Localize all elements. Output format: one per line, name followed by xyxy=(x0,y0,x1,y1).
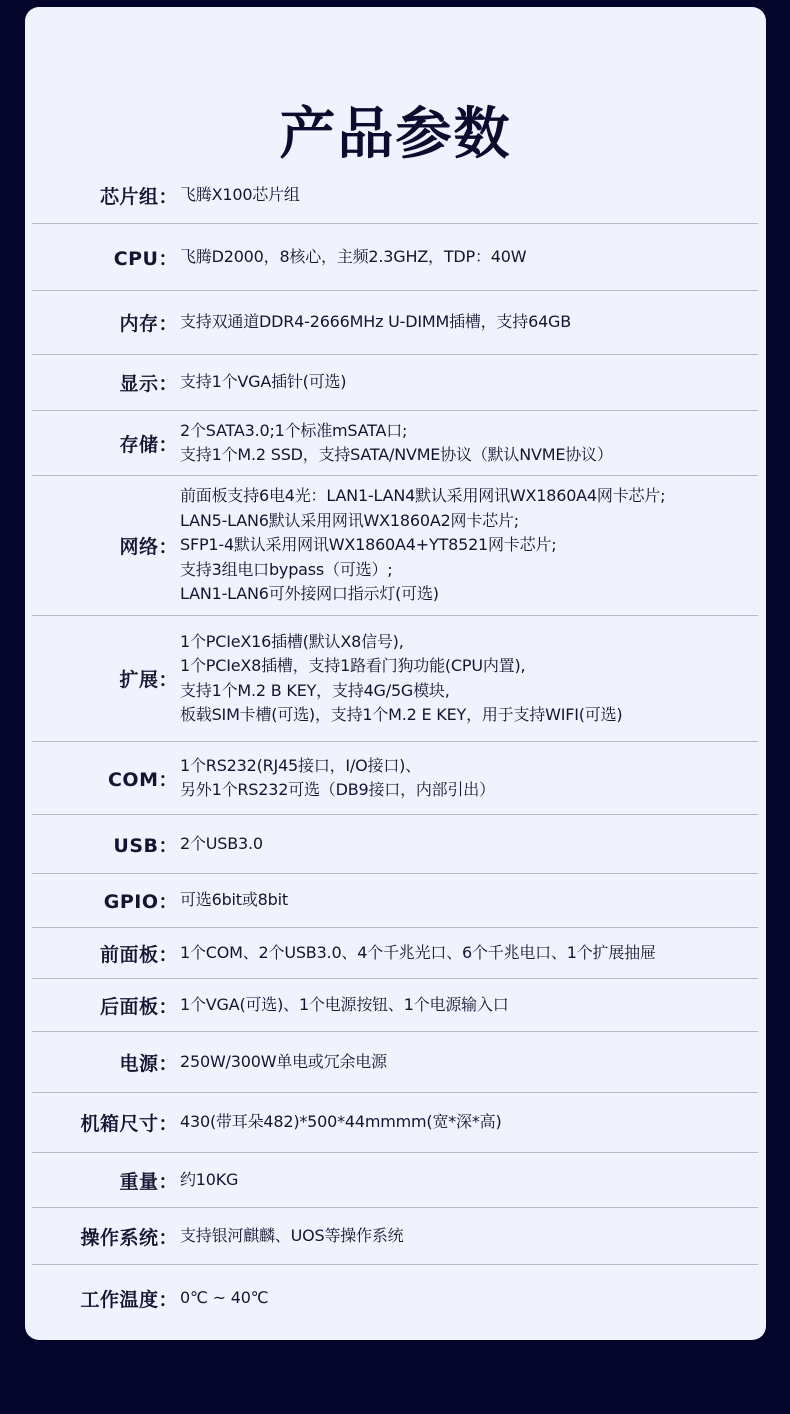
spec-value-line: 支持1个VGA插针(可选) xyxy=(180,370,346,395)
spec-card: 产品参数 芯片组：飞腾X100芯片组CPU：飞腾D2000，8核心，主频2.3G… xyxy=(25,7,766,1340)
spec-value-line: 1个RS232(RJ45接口，I/O接口)、 xyxy=(180,754,495,779)
spec-value: 1个VGA(可选)、1个电源按钮、1个电源输入口 xyxy=(178,993,509,1018)
spec-row: GPIO：可选6bit或8bit xyxy=(32,874,758,928)
spec-value-line: SFP1-4默认采用网讯WX1860A4+YT8521网卡芯片; xyxy=(180,533,665,558)
page-title: 产品参数 xyxy=(25,103,766,167)
spec-row: 芯片组：飞腾X100芯片组 xyxy=(32,167,758,224)
spec-label: USB： xyxy=(32,831,178,858)
spec-value-line: 2个SATA3.0;1个标准mSATA口; xyxy=(180,419,613,444)
spec-row: 机箱尺寸：430(带耳朵482)*500*44mmmm(宽*深*高) xyxy=(32,1093,758,1153)
spec-row: 重量：约10KG xyxy=(32,1153,758,1208)
spec-row: COM：1个RS232(RJ45接口，I/O接口)、另外1个RS232可选（DB… xyxy=(32,742,758,815)
spec-value-line: 支持银河麒麟、UOS等操作系统 xyxy=(180,1224,403,1249)
spec-value: 2个USB3.0 xyxy=(178,832,263,857)
spec-label: 电源： xyxy=(32,1049,178,1076)
spec-value: 支持双通道DDR4-2666MHz U-DIMM插槽，支持64GB xyxy=(178,310,571,335)
spec-value-line: 支持1个M.2 SSD，支持SATA/NVME协议（默认NVME协议） xyxy=(180,443,613,468)
spec-value: 0℃ ~ 40℃ xyxy=(178,1286,268,1311)
spec-row: CPU：飞腾D2000，8核心，主频2.3GHZ，TDP：40W xyxy=(32,224,758,291)
spec-value-line: 飞腾X100芯片组 xyxy=(180,183,300,208)
spec-value-line: 约10KG xyxy=(180,1168,238,1193)
spec-value-line: 1个PCIeX16插槽(默认X8信号), xyxy=(180,630,622,655)
spec-value-line: LAN5-LAN6默认采用网讯WX1860A2网卡芯片; xyxy=(180,509,665,534)
spec-row: 内存：支持双通道DDR4-2666MHz U-DIMM插槽，支持64GB xyxy=(32,291,758,355)
spec-label: 内存： xyxy=(32,309,178,336)
spec-value-line: 前面板支持6电4光：LAN1-LAN4默认采用网讯WX1860A4网卡芯片; xyxy=(180,484,665,509)
spec-value: 飞腾D2000，8核心，主频2.3GHZ，TDP：40W xyxy=(178,245,526,270)
spec-label: CPU： xyxy=(32,244,178,271)
spec-row: 前面板：1个COM、2个USB3.0、4个千兆光口、6个千兆电口、1个扩展抽屉 xyxy=(32,928,758,979)
spec-value-line: 430(带耳朵482)*500*44mmmm(宽*深*高) xyxy=(180,1110,502,1135)
spec-value: 2个SATA3.0;1个标准mSATA口;支持1个M.2 SSD，支持SATA/… xyxy=(178,419,613,468)
spec-value-line: 支持双通道DDR4-2666MHz U-DIMM插槽，支持64GB xyxy=(180,310,571,335)
spec-row: 工作温度：0℃ ~ 40℃ xyxy=(32,1265,758,1331)
spec-label: 机箱尺寸： xyxy=(32,1109,178,1136)
spec-label: 网络： xyxy=(32,532,178,559)
spec-row: 操作系统：支持银河麒麟、UOS等操作系统 xyxy=(32,1208,758,1265)
spec-row: 网络：前面板支持6电4光：LAN1-LAN4默认采用网讯WX1860A4网卡芯片… xyxy=(32,476,758,616)
spec-value: 250W/300W单电或冗余电源 xyxy=(178,1050,387,1075)
spec-label: 显示： xyxy=(32,369,178,396)
spec-value: 前面板支持6电4光：LAN1-LAN4默认采用网讯WX1860A4网卡芯片;LA… xyxy=(178,484,665,607)
spec-value: 1个COM、2个USB3.0、4个千兆光口、6个千兆电口、1个扩展抽屉 xyxy=(178,941,656,966)
spec-label: COM： xyxy=(32,765,178,792)
spec-value-line: 支持1个M.2 B KEY，支持4G/5G模块, xyxy=(180,679,622,704)
spec-value: 支持银河麒麟、UOS等操作系统 xyxy=(178,1224,403,1249)
spec-row: 电源：250W/300W单电或冗余电源 xyxy=(32,1032,758,1093)
spec-value: 1个RS232(RJ45接口，I/O接口)、另外1个RS232可选（DB9接口，… xyxy=(178,754,495,803)
spec-value-line: 1个COM、2个USB3.0、4个千兆光口、6个千兆电口、1个扩展抽屉 xyxy=(180,941,656,966)
spec-value-line: LAN1-LAN6可外接网口指示灯(可选) xyxy=(180,582,665,607)
spec-label: 后面板： xyxy=(32,992,178,1019)
spec-label: 工作温度： xyxy=(32,1285,178,1312)
spec-row: USB：2个USB3.0 xyxy=(32,815,758,874)
spec-value: 约10KG xyxy=(178,1168,238,1193)
spec-value-line: 1个VGA(可选)、1个电源按钮、1个电源输入口 xyxy=(180,993,509,1018)
spec-value: 支持1个VGA插针(可选) xyxy=(178,370,346,395)
spec-row: 显示：支持1个VGA插针(可选) xyxy=(32,355,758,411)
spec-row: 存储：2个SATA3.0;1个标准mSATA口;支持1个M.2 SSD，支持SA… xyxy=(32,411,758,476)
spec-table: 芯片组：飞腾X100芯片组CPU：飞腾D2000，8核心，主频2.3GHZ，TD… xyxy=(32,167,758,1331)
spec-label: 存储： xyxy=(32,430,178,457)
spec-row: 扩展：1个PCIeX16插槽(默认X8信号),1个PCIeX8插槽，支持1路看门… xyxy=(32,616,758,742)
spec-value: 飞腾X100芯片组 xyxy=(178,183,300,208)
spec-value-line: 另外1个RS232可选（DB9接口，内部引出） xyxy=(180,778,495,803)
spec-label: GPIO： xyxy=(32,887,178,914)
spec-value-line: 2个USB3.0 xyxy=(180,832,263,857)
spec-label: 操作系统： xyxy=(32,1223,178,1250)
spec-value: 可选6bit或8bit xyxy=(178,888,288,913)
spec-value-line: 可选6bit或8bit xyxy=(180,888,288,913)
spec-row: 后面板：1个VGA(可选)、1个电源按钮、1个电源输入口 xyxy=(32,979,758,1032)
spec-value-line: 1个PCIeX8插槽，支持1路看门狗功能(CPU内置), xyxy=(180,654,622,679)
spec-label: 重量： xyxy=(32,1167,178,1194)
spec-value-line: 飞腾D2000，8核心，主频2.3GHZ，TDP：40W xyxy=(180,245,526,270)
spec-label: 芯片组： xyxy=(32,182,178,209)
spec-value: 1个PCIeX16插槽(默认X8信号),1个PCIeX8插槽，支持1路看门狗功能… xyxy=(178,630,622,728)
spec-value-line: 0℃ ~ 40℃ xyxy=(180,1286,268,1311)
spec-label: 前面板： xyxy=(32,940,178,967)
spec-value-line: 板载SIM卡槽(可选)，支持1个M.2 E KEY，用于支持WIFI(可选) xyxy=(180,703,622,728)
spec-value-line: 250W/300W单电或冗余电源 xyxy=(180,1050,387,1075)
spec-value: 430(带耳朵482)*500*44mmmm(宽*深*高) xyxy=(178,1110,502,1135)
spec-value-line: 支持3组电口bypass（可选）; xyxy=(180,558,665,583)
spec-label: 扩展： xyxy=(32,665,178,692)
